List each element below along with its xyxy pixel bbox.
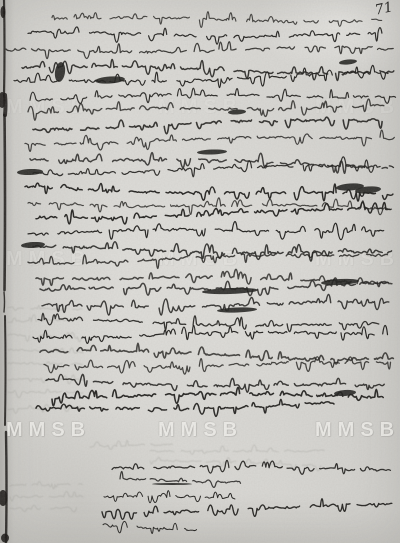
paper-grain <box>0 0 400 543</box>
handwriting-ink <box>0 0 400 543</box>
manuscript-page: MMSBMMSBMMSBMMSBMMSBMMSBMMSBMMSBMMSB 71 <box>0 0 400 543</box>
